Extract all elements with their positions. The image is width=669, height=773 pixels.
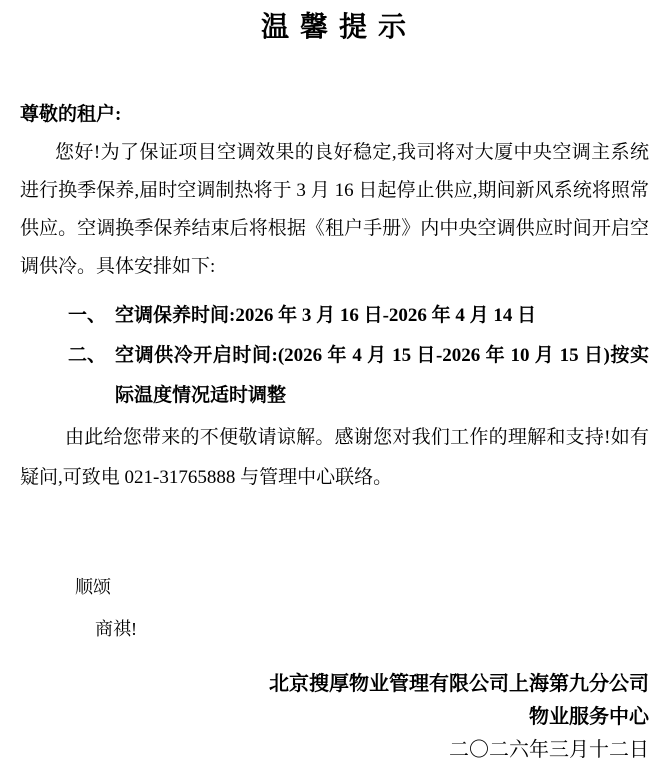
list-item-text: 空调保养时间:2026 年 3 月 16 日-2026 年 4 月 14 日 [115, 305, 536, 326]
salutation: 尊敬的租户: [20, 96, 649, 134]
signature-department: 物业服务中心 [20, 701, 649, 734]
list-item-number: 二、 [68, 336, 106, 376]
body-paragraph-intro: 您好!为了保证项目空调效果的良好稳定,我司将对大厦中央空调主系统进行换季保养,届… [20, 134, 649, 286]
schedule-list: 一、 空调保养时间:2026 年 3 月 16 日-2026 年 4 月 14 … [20, 296, 649, 416]
page-title: 温 馨 提 示 [20, 0, 649, 46]
closing-wish: 商祺! [20, 610, 649, 648]
document-content: 温 馨 提 示 尊敬的租户: 您好!为了保证项目空调效果的良好稳定,我司将对大厦… [0, 0, 669, 767]
notice-document: 温 馨 提 示 尊敬的租户: 您好!为了保证项目空调效果的良好稳定,我司将对大厦… [0, 0, 669, 773]
signature-company: 北京搜厚物业管理有限公司上海第九分公司 [20, 668, 649, 701]
signature-date: 二〇二六年三月十二日 [20, 734, 649, 767]
closing-salute: 顺颂 [20, 568, 649, 606]
body-paragraph-apology: 由此给您带来的不便敬请谅解。感谢您对我们工作的理解和支持!如有疑问,可致电 02… [20, 418, 649, 498]
list-item-cooling-period: 二、 空调供冷开启时间:(2026 年 4 月 15 日-2026 年 10 月… [20, 336, 649, 416]
list-item-text: 空调供冷开启时间:(2026 年 4 月 15 日-2026 年 10 月 15… [115, 345, 649, 406]
list-item-number: 一、 [68, 296, 106, 336]
list-item-maintenance-period: 一、 空调保养时间:2026 年 3 月 16 日-2026 年 4 月 14 … [20, 296, 649, 336]
signature-block: 北京搜厚物业管理有限公司上海第九分公司 物业服务中心 二〇二六年三月十二日 [20, 668, 649, 767]
